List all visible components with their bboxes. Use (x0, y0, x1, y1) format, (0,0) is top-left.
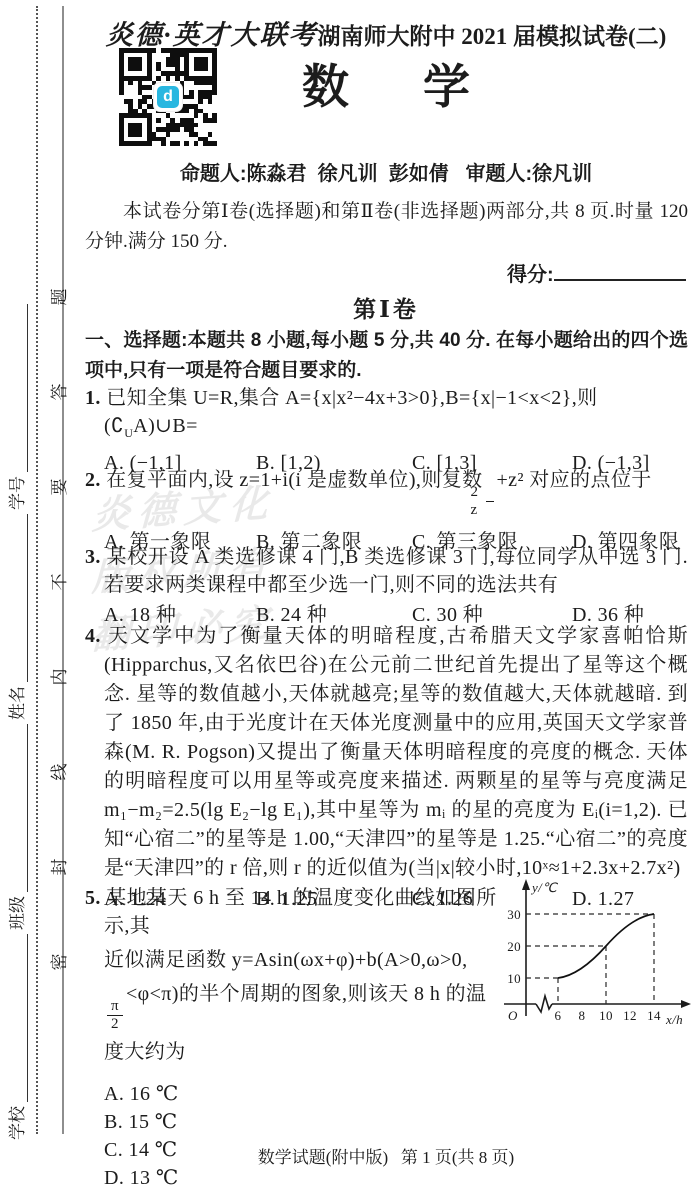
section-title: 第Ⅰ卷 (85, 291, 687, 324)
question-5-stem-line3: π2<φ<π)的半个周期的图象,则该天 8 h 的温 (85, 980, 510, 1034)
question-4-number: 4. (85, 625, 101, 647)
field-label-name: 姓名 (3, 686, 28, 720)
x-tick-8: 8 (579, 1008, 586, 1023)
seal-dotted-line (36, 6, 38, 1134)
question-5-stem-line4: 度大约为 (85, 1038, 510, 1066)
exam-series-title: 炎德·英才大联考 (106, 20, 318, 50)
y-tick-10: 10 (507, 971, 521, 986)
score-label: 得分: (507, 264, 554, 286)
field-blank-student-id (13, 304, 28, 472)
section-instructions: 一、选择题:本题共 8 小题,每小题 5 分,共 40 分. 在每小题给出的四个… (85, 326, 688, 386)
score-blank (554, 262, 686, 281)
subject-char-2: 学 (423, 50, 470, 117)
question-5-number: 5. (85, 887, 101, 909)
qr-module (212, 141, 217, 146)
authors-line: 命题人:陈淼君 徐凡训 彭如倩 审题人:徐凡训 (85, 157, 687, 186)
question-1-stem: 1. 已知全集 U=R,集合 A={x|x²−4x+3>0},B={x|−1<x… (85, 384, 688, 412)
y-tick-30: 30 (507, 907, 521, 922)
question-1-number: 1. (85, 387, 101, 409)
question-1: 1. 已知全集 U=R,集合 A={x|x²−4x+3>0},B={x|−1<x… (85, 384, 688, 477)
field-label-class: 班级 (3, 896, 28, 930)
y-axis-arrow (522, 879, 530, 890)
option: A. 16 ℃ (104, 1080, 510, 1108)
seal-line-text: 密封线内不要答题 (45, 53, 70, 1128)
origin-label: O (508, 1008, 518, 1023)
x-tick-6: 6 (555, 1008, 562, 1023)
page-footer: 数学试题(附中版) 第 1 页(共 8 页) (85, 1143, 687, 1168)
field-blank-class (13, 724, 28, 892)
fraction-2-over-z: 2z (486, 484, 494, 520)
question-3-number: 3. (85, 546, 101, 568)
question-2-number: 2. (85, 469, 101, 491)
paper-intro: 本试卷分第Ⅰ卷(选择题)和第Ⅱ卷(非选择题)两部分,共 8 页.时量 120 分… (85, 197, 688, 257)
student-info-fields: 学校 班级 姓名 学号 (3, 35, 28, 1140)
subject-char-1: 数 (302, 50, 349, 117)
exam-title: 炎德·英才大联考湖南师大附中 2021 届模拟试卷(二) (85, 13, 687, 52)
y-axis-label: y/℃ (530, 880, 558, 895)
x-tick-12: 12 (623, 1008, 637, 1023)
x-axis-arrow (681, 1000, 691, 1008)
question-5-options: A. 16 ℃ B. 15 ℃ C. 14 ℃ D. 13 ℃ (85, 1080, 510, 1190)
option: B. 15 ℃ (104, 1108, 510, 1136)
question-3-stem: 3. 某校开设 A 类选修课 4 门,B 类选修课 3 门,每位同学从中选 3 … (85, 543, 688, 599)
question-1-stem-cont: (∁UA)∪B= (85, 412, 688, 447)
question-5-stem-line2: 近似满足函数 y=Asin(ωx+φ)+b(A>0,ω>0, (85, 946, 510, 974)
field-blank-school (13, 934, 28, 1102)
exam-paper-title: 湖南师大附中 2021 届模拟试卷(二) (317, 24, 666, 49)
subject-title: 数 学 (85, 50, 687, 117)
question-5-stem-line1: 5. 某地某天 6 h 至 14 h 的温度变化曲线如图所示,其 (85, 884, 510, 940)
x-tick-14: 14 (647, 1008, 661, 1023)
fraction-pi-over-2: π2 (107, 998, 123, 1034)
question-3: 3. 某校开设 A 类选修课 4 门,B 类选修课 3 门,每位同学从中选 3 … (85, 543, 688, 629)
axis-break-icon (536, 996, 552, 1012)
field-label-school: 学校 (3, 1106, 28, 1140)
question-4: 4. 天文学中为了衡量天体的明暗程度,古希腊天文学家喜帕恰斯(Hipparchu… (85, 622, 688, 914)
y-tick-20: 20 (507, 939, 521, 954)
question-2-stem: 2. 在复平面内,设 z=1+i(i 是虚数单位),则复数2z+z² 对应的点位… (85, 466, 688, 520)
temperature-graph: y/℃ x/h O 30 20 10 6 8 10 12 14 (496, 876, 696, 1044)
question-4-stem: 4. 天文学中为了衡量天体的明暗程度,古希腊天文学家喜帕恰斯(Hipparchu… (85, 622, 688, 883)
x-axis-label: x/h (665, 1012, 683, 1027)
field-blank-name (13, 514, 28, 682)
score-line: 得分: (507, 258, 686, 287)
field-label-student-id: 学号 (3, 476, 28, 510)
x-tick-10: 10 (599, 1008, 613, 1023)
